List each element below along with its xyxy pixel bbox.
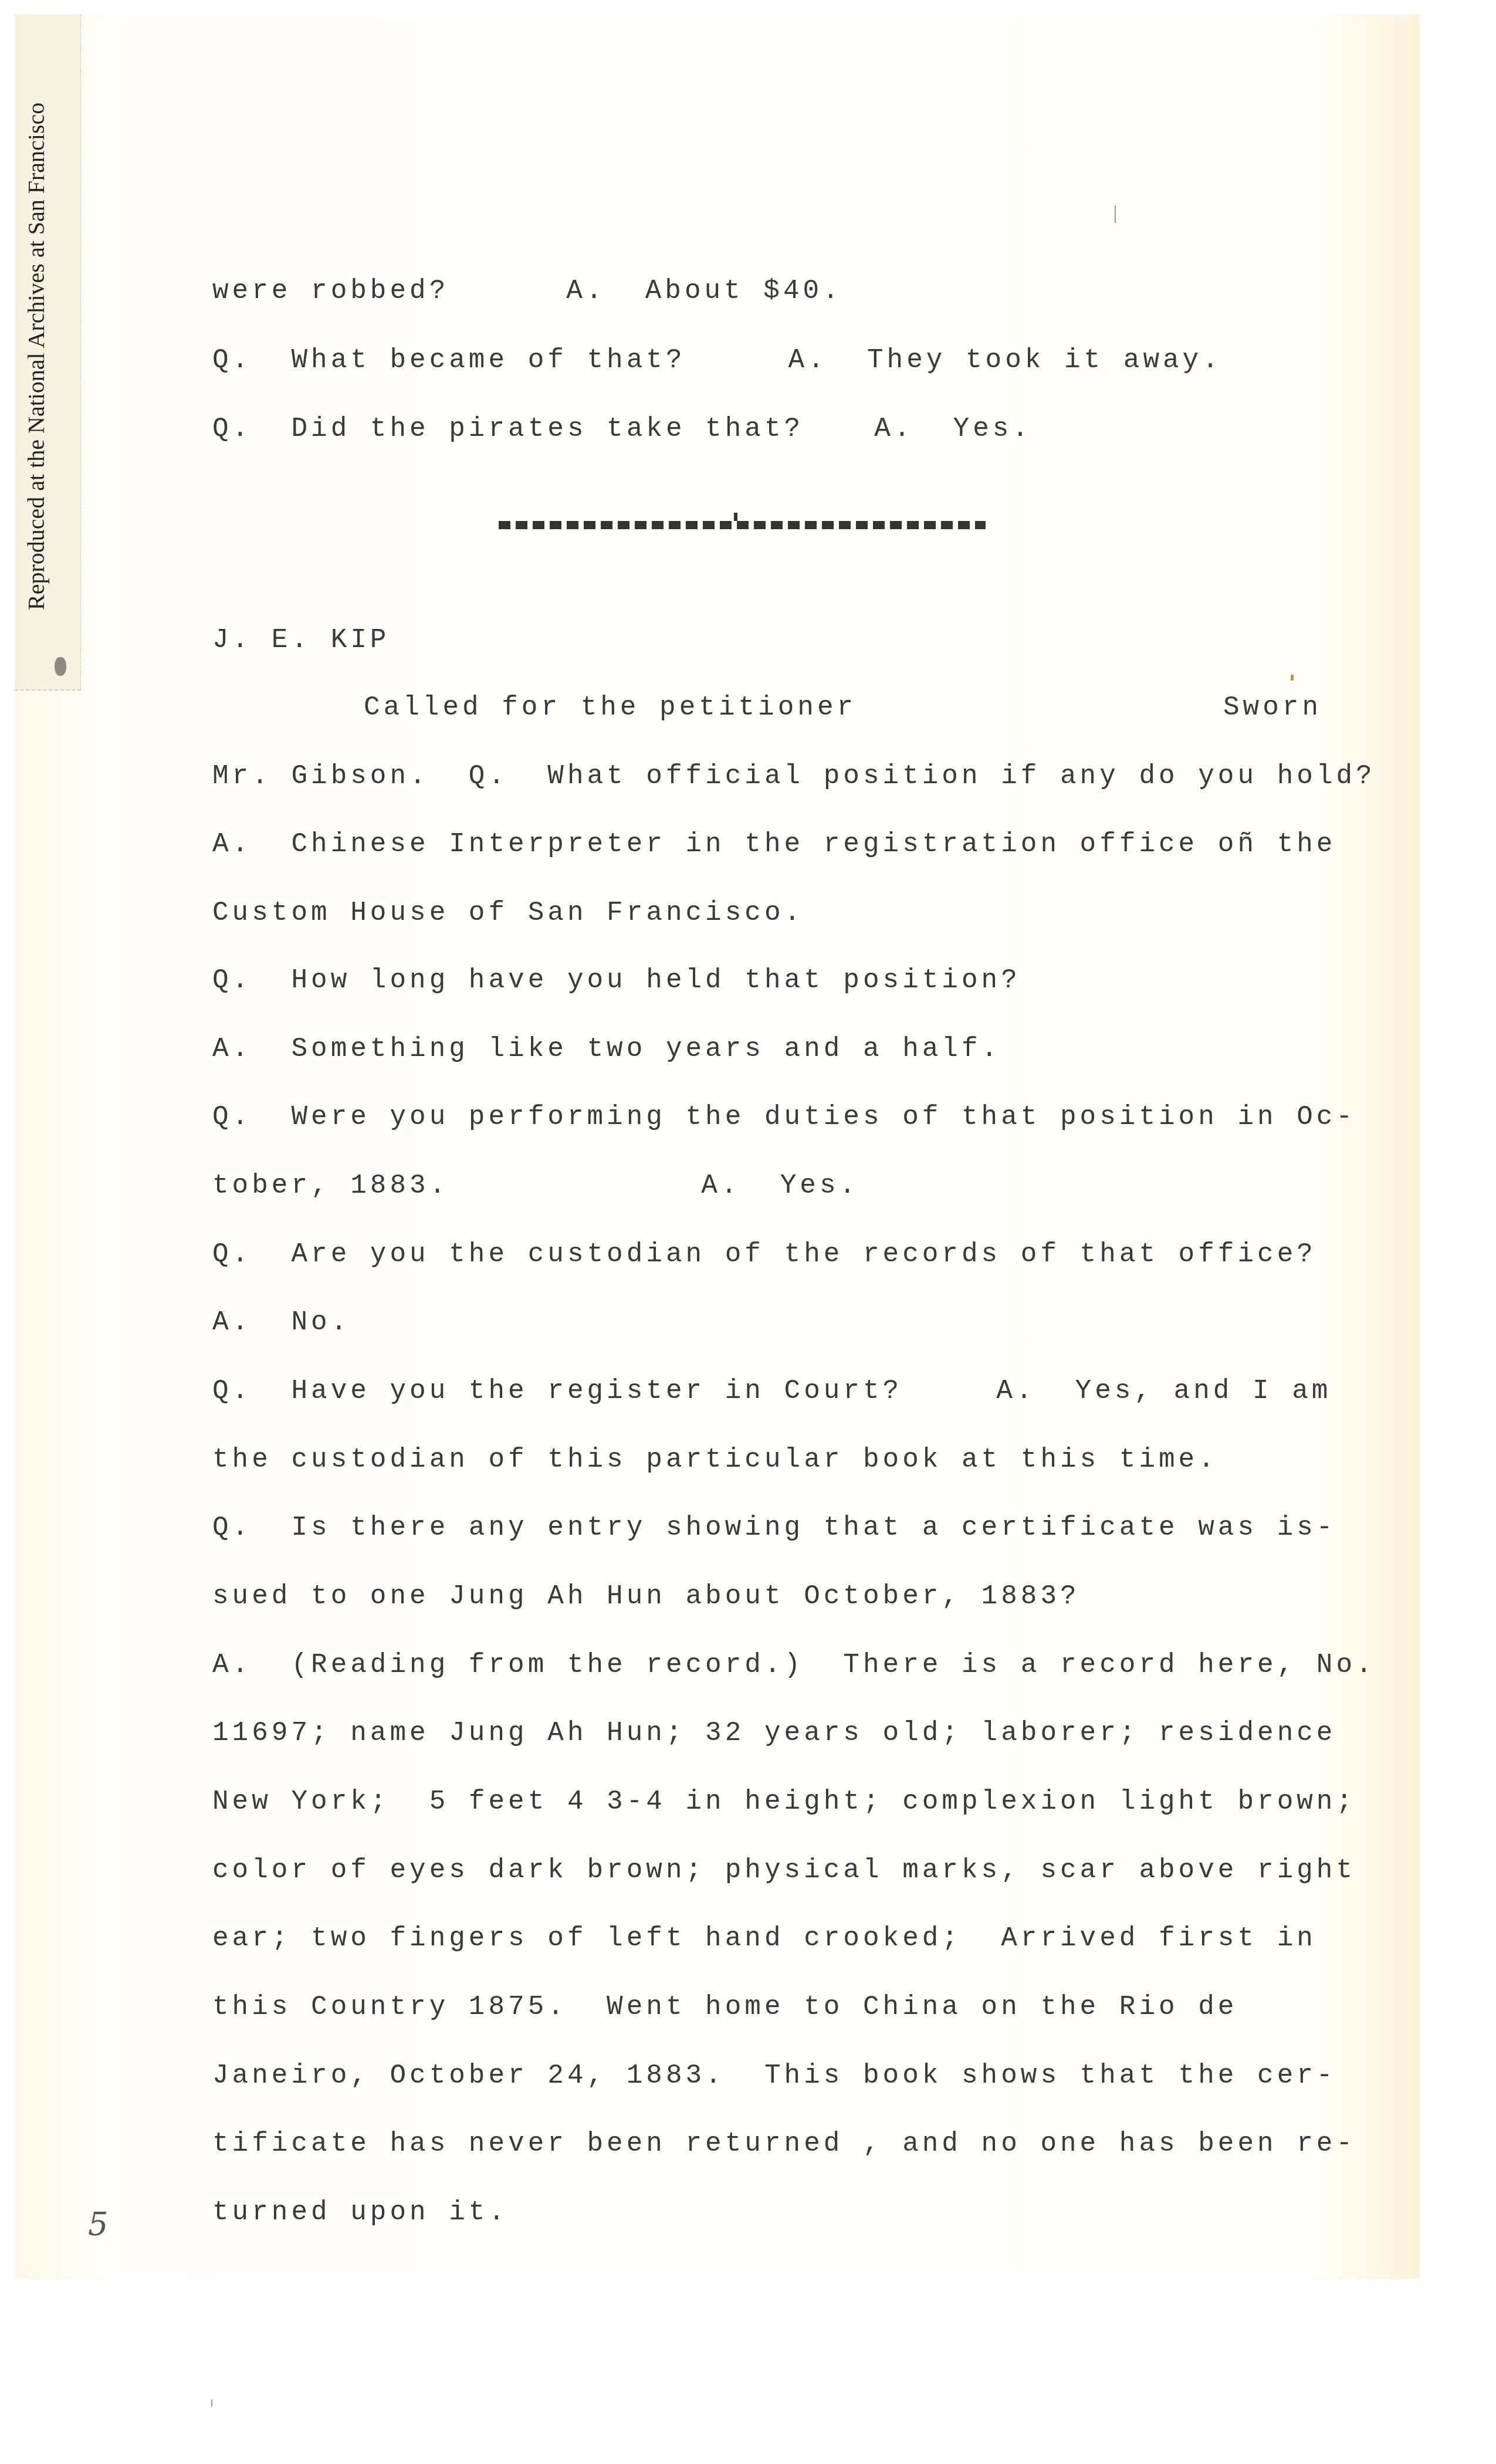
testimony-line: A. Chinese Interpreter in the registrati… (212, 829, 1336, 859)
testimony-line: turned upon it. (212, 2197, 508, 2228)
question-text: were robbed? (212, 276, 449, 306)
transcript-line: Q. What became of that?A. They took it a… (212, 345, 1222, 375)
testimony-line: A. Something like two years and a half. (212, 1034, 1001, 1064)
answer-text: A. About $40. (566, 276, 842, 306)
testimony-line: ear; two fingers of left hand crooked; A… (212, 1923, 1316, 1954)
testimony-line: color of eyes dark brown; physical marks… (212, 1855, 1356, 1886)
testimony-line: tober, 1883.A. Yes. (212, 1170, 859, 1201)
testimony-line: the custodian of this particular book at… (212, 1444, 1218, 1475)
question-text: Q. Did the pirates take that? (212, 414, 804, 444)
testimony-line: this Country 1875. Went home to China on… (212, 1992, 1237, 2022)
answer-text: A. Yes. (874, 414, 1032, 444)
testimony-line: A. (Reading from the record.) There is a… (212, 1650, 1376, 1680)
paper-speck (1291, 675, 1294, 681)
testimony-line: sued to one Jung Ah Hun about October, 1… (212, 1581, 1080, 1612)
paper-speck (211, 2399, 212, 2407)
answer-text: A. Yes, and I am (996, 1376, 1331, 1406)
testimony-line: Q. Have you the register in Court?A. Yes… (212, 1376, 1331, 1406)
question-text: Q. What became of that? (212, 345, 686, 375)
testimony-line: 11697; name Jung Ah Hun; 32 years old; l… (212, 1718, 1336, 1748)
question-text: tober, 1883. (212, 1170, 449, 1201)
testimony-line: Q. How long have you held that position? (212, 965, 1021, 996)
testimony-line: Janeiro, October 24, 1883. This book sho… (212, 2060, 1336, 2091)
question-text: Q. Have you the register in Court? (212, 1376, 902, 1406)
sworn-status: Sworn (1223, 692, 1322, 723)
testimony-line: A. No. (212, 1307, 350, 1338)
transcript-line: were robbed?A. About $40. (212, 276, 842, 306)
testimony-line: tificate has never been returned , and n… (212, 2128, 1356, 2159)
answer-text: A. They took it away. (788, 345, 1222, 375)
testimony-line: Mr. Gibson. Q. What official position if… (212, 761, 1376, 791)
called-line: Called for the petitioner (364, 692, 857, 723)
archive-stamp-label: Reproduced at the National Archives at S… (22, 23, 50, 610)
testimony-line: Custom House of San Francisco. (212, 898, 804, 928)
transcript-line: Q. Did the pirates take that?A. Yes. (212, 414, 1032, 444)
witness-heading: J. E. KIP (212, 625, 390, 655)
paper-speck (1115, 205, 1116, 223)
section-divider (499, 521, 986, 529)
divider-tick (734, 513, 737, 521)
testimony-line: Q. Is there any entry showing that a cer… (212, 1512, 1336, 1543)
testimony-line: New York; 5 feet 4 3-4 in height; comple… (212, 1786, 1356, 1817)
handwritten-page-number: 5 (88, 2206, 108, 2243)
answer-text: A. Yes. (701, 1170, 859, 1201)
tape-mark-icon (55, 657, 66, 676)
testimony-line: Q. Were you performing the duties of tha… (212, 1102, 1356, 1132)
testimony-line: Q. Are you the custodian of the records … (212, 1239, 1316, 1270)
